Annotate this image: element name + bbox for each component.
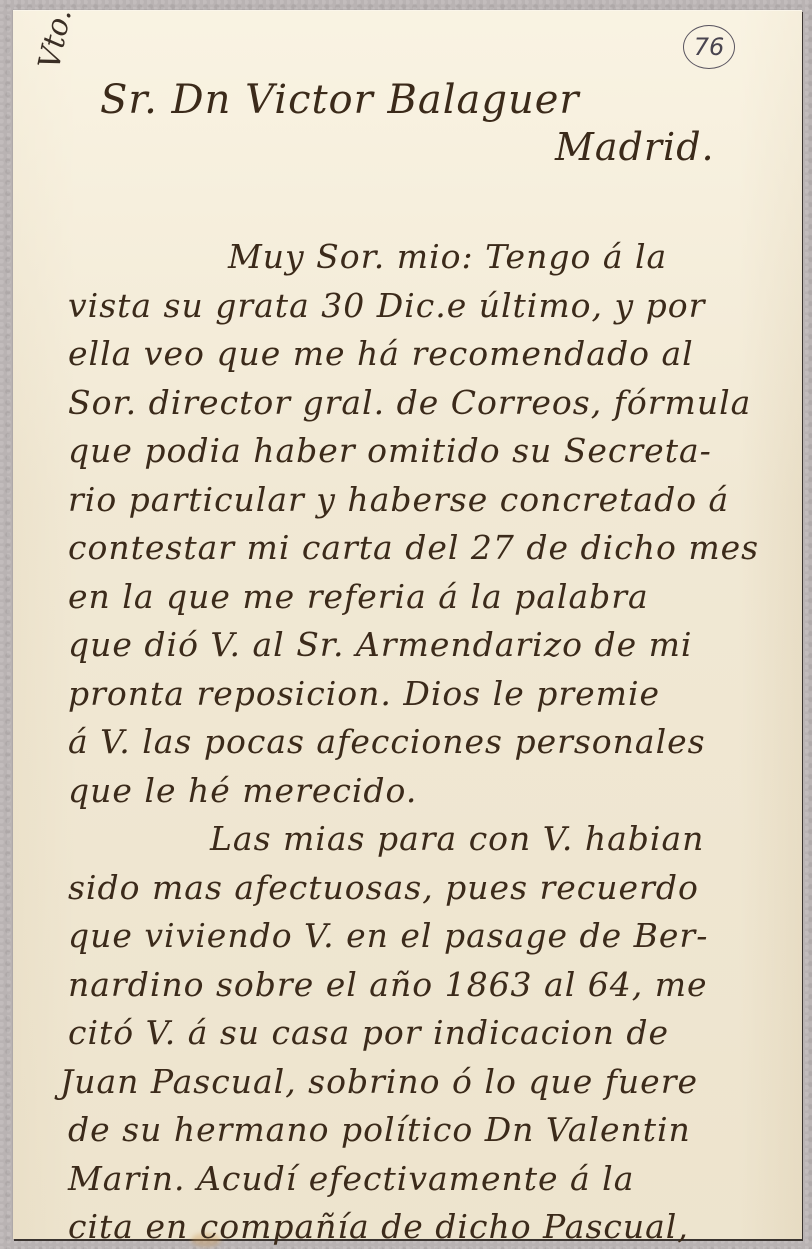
folio-number: 76 <box>683 25 735 69</box>
letter-line: citó V. á su casa por indicacion de <box>68 1016 669 1049</box>
letter-line: de su hermano político Dn Valentin <box>68 1113 691 1146</box>
letter-line: que viviendo V. en el pasage de Ber- <box>68 919 708 952</box>
letter-line: cita en compañía de dicho Pascual, <box>68 1210 689 1243</box>
letter-line: Sor. director gral. de Correos, fórmula <box>68 386 751 419</box>
letter-line: que dió V. al Sr. Armendarizo de mi <box>68 628 692 661</box>
letter-line: nardino sobre el año 1863 al 64, me <box>68 968 708 1001</box>
letter-line: Marin. Acudí efectivamente á la <box>68 1162 634 1195</box>
letter-line: Juan Pascual, sobrino ó lo que fuere <box>60 1065 698 1098</box>
letter-line: pronta reposicion. Dios le premie <box>68 677 660 710</box>
letter-line: vista su grata 30 Dic.e último, y por <box>68 289 705 322</box>
letter-line: á V. las pocas afecciones personales <box>68 725 706 758</box>
location: Madrid. <box>555 128 715 166</box>
letter-line: ella veo que me há recomendado al <box>68 337 694 370</box>
addressee: Sr. Dn Victor Balaguer <box>100 80 580 120</box>
letter-line: Las mias para con V. habian <box>210 822 704 855</box>
letter-line: rio particular y haberse concretado á <box>68 483 729 516</box>
letter-line: contestar mi carta del 27 de dicho mes <box>68 531 759 564</box>
letter-line: sido mas afectuosas, pues recuerdo <box>68 871 699 904</box>
letter-line: Muy Sor. mio: Tengo á la <box>228 240 667 273</box>
letter-line: en la que me referia á la palabra <box>68 580 649 613</box>
letter-line: que podia haber omitido su Secreta- <box>68 434 712 467</box>
letter-line: que le hé merecido. <box>68 774 417 807</box>
